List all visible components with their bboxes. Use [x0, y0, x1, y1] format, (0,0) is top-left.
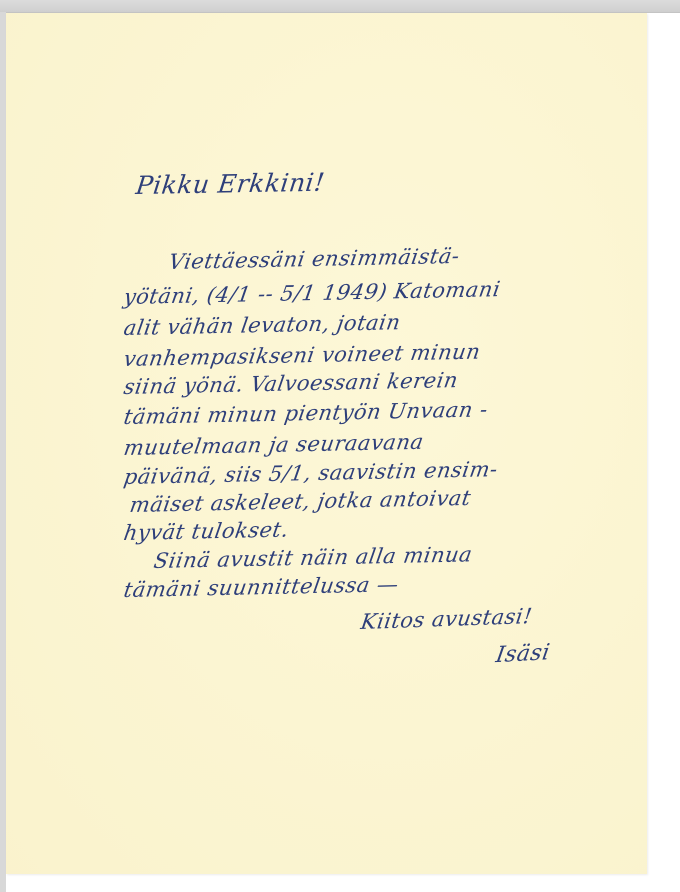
letter-page: Pikku Erkkini! Viettäessäni ensimmäistä-… [6, 13, 647, 874]
letter-line-5: siinä yönä. Valvoessani kerein [122, 368, 460, 399]
letter-line-3: alit vähän levaton, jotain [122, 310, 402, 340]
letter-salutation: Pikku Erkkini! [134, 168, 326, 200]
letter-line-9: mäiset askeleet, jotka antoivat [128, 486, 473, 517]
viewer-top-bar [0, 0, 680, 13]
letter-line-12: tämäni suunnittelussa — [122, 572, 400, 602]
letter-line-2: yötäni, (4/1 -- 5/1 1949) Katomani [122, 277, 502, 309]
letter-line-11: Siinä avustit näin alla minua [152, 542, 474, 573]
letter-signature: Isäsi [494, 640, 552, 668]
letter-closing: Kiitos avustasi! [359, 604, 534, 634]
image-viewer: Pikku Erkkini! Viettäessäni ensimmäistä-… [0, 0, 680, 892]
letter-line-4: vanhempasikseni voineet minun [122, 339, 482, 371]
letter-line-8: päivänä, siis 5/1, saavistin ensim- [122, 457, 499, 489]
letter-line-1: Viettäessäni ensimmäistä- [167, 244, 461, 274]
letter-line-10: hyvät tulokset. [122, 518, 290, 546]
letter-line-7: muutelmaan ja seuraavana [122, 430, 425, 460]
letter-line-6: tämäni minun pientyön Unvaan - [122, 397, 490, 429]
